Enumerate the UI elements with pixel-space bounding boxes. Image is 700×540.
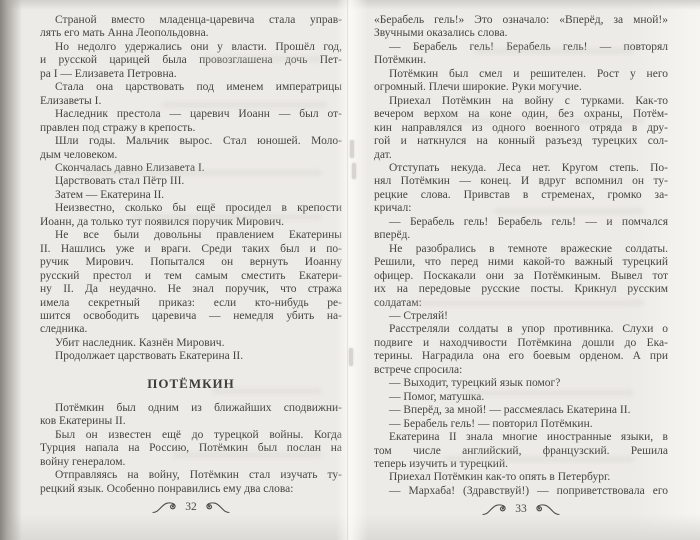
text-line: «Берабель гель!» Это означало: «Вперёд, …	[374, 14, 668, 27]
text-line: Наследник престола — царевич Иоанн — был…	[40, 108, 342, 121]
text-line: следника.	[40, 323, 342, 336]
text-line: нял Потёмкин — конец. И вдруг вспомнил о…	[374, 175, 668, 188]
text-line: Звучными оказались слова.	[374, 27, 668, 40]
bleed-through-smudge	[464, 390, 634, 396]
text-line: Потёмкин был смел и решителен. Рост у не…	[374, 68, 668, 81]
text-line: Отправляясь на войну, Потёмкин стал изуч…	[40, 469, 342, 482]
bleed-through-smudge	[474, 48, 634, 54]
text-line: Не все были довольны правлением Екатерин…	[40, 229, 342, 242]
left-text-column: Страной вместо младенца-царевича стала у…	[40, 14, 342, 514]
text-line: шится освободить царевича — немедля убит…	[40, 310, 342, 323]
text-line: ручик Мирович. Попытался он вернуть Иоан…	[40, 256, 342, 269]
text-line: русский престол и тем самым сместить Ека…	[40, 270, 342, 283]
text-line: гой и наткнулся на конный разъезд турецк…	[374, 135, 668, 148]
text-line: имела секретный приказ: если кто-нибудь …	[40, 297, 342, 310]
text-line: вперёд.	[374, 229, 668, 242]
book-page-left: Страной вместо младенца-царевича стала у…	[12, 0, 354, 540]
page-number: 32	[185, 500, 197, 514]
book-photo: { "book": { "left_page": { "page_number"…	[0, 0, 700, 540]
text-line: встрече спросила:	[374, 364, 668, 377]
text-line: Затем — Екатерина II.	[40, 189, 342, 202]
text-line: Приехал Потёмкин на войну с турками. Как…	[374, 95, 668, 108]
text-line: правлен под стражу в крепость.	[40, 122, 342, 135]
text-line: Решили, что перед ними какой-то важный т…	[374, 256, 668, 269]
bleed-through-smudge	[132, 214, 322, 220]
text-line: огромный. Плечи широкие. Руки могучие.	[374, 81, 668, 94]
book-page-right: «Берабель гель!» Это означало: «Вперёд, …	[354, 0, 690, 540]
text-line: — Мархаба! (Здравствуй!) — поприветствов…	[374, 485, 668, 498]
left-page-lines: Страной вместо младенца-царевича стала у…	[40, 14, 342, 496]
bleed-through-smudge	[202, 56, 322, 62]
bleed-through-smudge	[162, 102, 327, 108]
right-page-footer: 33	[374, 502, 668, 516]
text-line: Стала она царствовать под именем императ…	[40, 81, 342, 94]
left-page-footer: 32	[40, 500, 342, 514]
text-line: Убит наследник. Казнён Мирович.	[40, 337, 342, 350]
binding-stitch	[349, 348, 353, 366]
text-line: Царствовать стал Пётр III.	[40, 175, 342, 188]
text-line: Не разобрались в темноте вражеские солда…	[374, 243, 668, 256]
bleed-through-smudge	[172, 452, 322, 458]
bleed-through-smudge	[494, 208, 644, 214]
flourish-ornament-icon	[200, 500, 230, 514]
text-line: их на передовые русские посты. Крикнул р…	[374, 283, 668, 296]
flourish-ornament-icon	[482, 502, 512, 516]
page-fold-line	[347, 0, 348, 540]
text-line: — Стреляй!	[374, 310, 668, 323]
flourish-ornament-icon	[152, 500, 182, 514]
binding-stitch	[350, 140, 354, 158]
bleed-through-smudge	[444, 118, 644, 124]
text-line: ра I — Елизавета Петровна.	[40, 68, 342, 81]
text-line: Был он известен ещё до турецкой войны. К…	[40, 429, 342, 442]
text-line: Шли годы. Мальчик вырос. Стал юношей. Мо…	[40, 135, 342, 148]
text-line: Страной вместо младенца-царевича стала у…	[40, 14, 342, 27]
text-line: — Вперёд, за мной! — рассмеялась Екатери…	[374, 404, 668, 417]
text-line: подвиге и находчивости Потёмкина дошли д…	[374, 337, 668, 350]
bleed-through-smudge	[82, 170, 322, 176]
text-line: Отступать некуда. Леса нет. Кругом степь…	[374, 162, 668, 175]
right-page-lines: «Берабель гель!» Это означало: «Вперёд, …	[374, 14, 668, 498]
text-line: ков Екатерины II.	[40, 415, 342, 428]
text-line: Но недолго удержались они у власти. Прош…	[40, 41, 342, 54]
text-line: рецкий язык. Особенно понравились ему дв…	[40, 483, 342, 496]
flourish-ornament-icon	[530, 502, 560, 516]
text-line: Продолжает царствовать Екатерина II.	[40, 350, 342, 363]
bleed-through-smudge	[444, 456, 634, 462]
text-line: Приехал Потёмкин как-то опять в Петербур…	[374, 471, 668, 484]
text-line: Потёмкин.	[374, 54, 668, 67]
book-gutter	[336, 0, 368, 540]
text-line: дат.	[374, 149, 668, 162]
text-line: Екатерина II знала многие иностранные яз…	[374, 431, 668, 444]
text-line: Потёмкин был одним из ближайших сподвижн…	[40, 402, 342, 415]
bleed-through-smudge	[212, 388, 322, 394]
right-text-column: «Берабель гель!» Это означало: «Вперёд, …	[374, 14, 668, 516]
binding-stitch	[352, 163, 356, 179]
text-line: лять его мать Анна Леопольдовна.	[40, 27, 342, 40]
text-line: рецкие слова. Привстав в стременах, гром…	[374, 189, 668, 202]
bleed-through-smudge	[414, 300, 644, 306]
text-line: — Берабель гель! Берабель гель! — и помч…	[374, 216, 668, 229]
text-line: ну II. Да неудачно. Не знал поручик, что…	[40, 283, 342, 296]
text-line: II. Нашлись уже и враги. Среди таких был…	[40, 243, 342, 256]
text-line: — Выходит, турецкий язык помог?	[374, 377, 668, 390]
text-line: офицер. Поскакали они за Потёмкиным. Выв…	[374, 270, 668, 283]
text-line: — Берабель гель! — повторил Потёмкин.	[374, 418, 668, 431]
text-line: дым человеком.	[40, 149, 342, 162]
text-line: терины. Наградила она его боевым орденом…	[374, 350, 668, 363]
text-line: Расстреляли солдаты в упор противника. С…	[374, 323, 668, 336]
page-number: 33	[515, 502, 527, 516]
